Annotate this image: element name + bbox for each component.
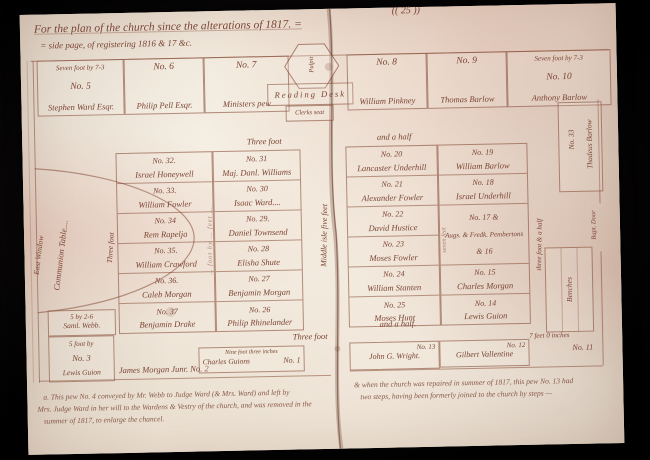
pew-size-label: Seven foot by 7-3: [509, 53, 609, 63]
pew-owner: Benjamin Morgan: [216, 286, 302, 298]
pew-owner: Stephen Ward Esqr.: [39, 101, 122, 113]
pew-owner: William Crawford: [119, 258, 214, 270]
page-number-marker: (( 25 )): [392, 5, 421, 17]
pew-number: No. 7: [206, 60, 287, 73]
pew-owner: Philip Rhinelander: [217, 317, 303, 329]
pew-cell-21: No. 21 Alexander Fowler: [347, 176, 438, 208]
pew-box-9: No. 9 Thomas Barlow: [426, 51, 507, 109]
pew-cell-24: No. 24 William Stanten: [349, 266, 440, 298]
pew-cell-33: No. 33. William Fowler: [117, 182, 213, 214]
pew-number: No. 1: [283, 355, 301, 364]
pew-box-33-margin: [558, 101, 604, 192]
clerks-seat-box: Clerks seat: [286, 105, 334, 122]
pew-cell-17-16: No. 17 & Augs. & Fredk. Pembertons & 16: [440, 204, 529, 266]
pew-owner: Benjamin Drake: [120, 318, 215, 330]
pew-number: No. 33.: [117, 186, 212, 197]
pew-owner: Israel Honeywell: [117, 168, 212, 180]
pew-cell-25: No. 25 Moses Hunt: [349, 296, 440, 328]
pew-number: No. 15: [441, 267, 529, 278]
pew-cell-18: No. 18 Israel Underhill: [439, 174, 528, 206]
pew-owner: Rem Rapelja: [118, 228, 213, 240]
pew-number: No. 28: [215, 244, 301, 255]
pew-owner: David Hustice: [348, 221, 438, 233]
pew-cell-35: No. 35. William Crawford: [118, 242, 214, 274]
pew-cell-31: No. 31 Maj. Danl. Williams: [213, 150, 300, 182]
pew-number: No. 10: [509, 71, 609, 84]
fold-crease-shadow: [328, 9, 342, 449]
pew-number: No. 26: [217, 304, 303, 315]
pew-number: No. 20: [346, 149, 436, 160]
pew-owner: William Pinkney: [349, 95, 425, 107]
pew-number: No. 35.: [118, 246, 213, 257]
ink-blot: [334, 346, 340, 352]
pew-owner: William Fowler: [117, 198, 212, 210]
aisle-label-top-right: and a half: [354, 131, 434, 143]
pew-number: No. 30: [214, 184, 300, 195]
pew-box-6: No. 6 Philip Pell Esqr.: [124, 57, 205, 115]
pew-number: No. 37: [120, 306, 215, 317]
pew-box-10: Seven foot by 7-3 No. 10 Anthony Barlow: [506, 49, 611, 107]
communion-table-label: Communion Table....: [47, 180, 75, 330]
pew-box-1: Nine foot three inches Charles Guions No…: [198, 345, 305, 373]
left-block-column-1: No. 32. Israel Honeywell No. 33. William…: [115, 151, 216, 334]
aisle-label-top-left: Three foot: [220, 135, 308, 147]
benches-label: Benches: [564, 249, 575, 329]
pew-owner: William Stanten: [349, 281, 439, 293]
pew-number: No. 14: [441, 298, 529, 309]
footnote-right-line2: two steps, having been formerly joined t…: [360, 388, 552, 401]
pew-owner: Moses Hunt: [350, 312, 440, 324]
pew-number: No. 9: [429, 55, 505, 68]
pew-number: No. 19: [438, 147, 526, 158]
pew-number: No. 8: [349, 57, 425, 70]
pew-owner: Israel Underhill: [439, 190, 527, 202]
pew-owner: Daniel Townsend: [215, 226, 301, 238]
pew-number: No. 18: [439, 177, 527, 188]
pew-2-inline-label: James Morgan Junr. No. 2: [119, 363, 209, 375]
footnote-left-line3: summer of 1817, to enlarge the chancel.: [44, 414, 165, 425]
pew-owner: Saml. Webb.: [49, 320, 115, 331]
pew-number: No. 25: [349, 299, 439, 310]
pew-number-extra: & 16: [440, 246, 528, 257]
pew-number: No. 21: [347, 179, 437, 190]
pew-cell-22: No. 22 David Hustice: [348, 206, 439, 238]
pew-owner: Moses Fowler: [348, 251, 438, 263]
plan-subtitle: = side page, of registering 1816 & 17 &c…: [40, 38, 192, 51]
pew-number: No. 34: [118, 216, 213, 227]
pew-size-label: 5 foot by: [50, 339, 112, 348]
pew-cell-30: No. 30 Isaac Ward....: [214, 180, 301, 212]
aisle-label-bottom-left: Three foot: [270, 330, 350, 342]
pew-cell-27: No. 27 Benjamin Morgan: [216, 270, 303, 302]
pew-number: No. 12: [507, 341, 526, 349]
bench-divider-line: [576, 248, 579, 332]
pew-box-8: No. 8 William Pinkney: [347, 53, 428, 111]
pew-number: No. 29.: [215, 214, 301, 225]
bench-divider-line: [560, 248, 563, 332]
baptistry-door-label: Bapt. Door: [590, 185, 599, 265]
pew-number: No. 5: [39, 80, 122, 93]
pew-cell-37: No. 37 Benjamin Drake: [119, 302, 215, 334]
pew-number: No. 6: [126, 61, 202, 74]
pew-number: No. 32.: [117, 156, 212, 167]
pew-number: No. 36.: [119, 276, 214, 287]
pew-cell-23: No. 23 Moses Fowler: [348, 236, 439, 268]
pew-cell-15: No. 15 Charles Morgan: [441, 264, 530, 296]
middle-aisle-label: Middle isle five feet: [319, 160, 330, 310]
pew-owner: Charles Morgan: [441, 280, 529, 292]
pew-cell-14: No. 14 Lewis Guion: [441, 294, 530, 326]
pew-owner: Lewis Guion: [442, 310, 530, 322]
pew-cell-36: No. 36. Caleb Morgan: [119, 272, 215, 304]
right-block-column-1: No. 20 Lancaster Underhill No. 21 Alexan…: [345, 145, 441, 328]
pew-owner: Lewis Guion: [51, 367, 113, 378]
footnote-right-line1: & when the church was repaired in summer…: [354, 376, 573, 389]
pew-cell-26: No. 26 Philip Rhinelander: [216, 300, 303, 332]
pew-cell-20: No. 20 Lancaster Underhill: [346, 146, 437, 178]
pew-number: No. 31: [214, 154, 300, 165]
pew-owner: Isaac Ward....: [214, 196, 300, 208]
pew-owner: Charles Guions: [203, 356, 250, 366]
left-block-side-measure: Three foot: [103, 208, 117, 288]
fold-crease-line: [329, 9, 341, 449]
pew-number: No. 22: [348, 209, 438, 220]
left-block-divider-measure: … foot by … feet …: [207, 181, 214, 301]
footnote-left-line2: Mrs. Judge Ward in her will to the Warde…: [37, 399, 311, 414]
pew-number: No. 3: [50, 352, 112, 364]
pew-number: No. 23: [348, 239, 438, 250]
right-wall-lower-line: [601, 251, 604, 365]
pew-owner: Elisha Shute: [216, 256, 302, 268]
pew-cell-19: No. 19 William Barlow: [438, 144, 527, 176]
reading-desk-box: Reading Desk: [267, 82, 353, 106]
pew-owner: Caleb Morgan: [119, 288, 214, 300]
pew-cell-29: No. 29. Daniel Townsend: [215, 210, 302, 242]
pew-number: No. 13: [417, 343, 436, 351]
right-block-side-measure: three foot & a half: [534, 185, 544, 305]
pew-owner: Maj. Danl. Williams: [214, 166, 300, 178]
webb-pew-box: 5 by 2-6 Saml. Webb.: [48, 309, 117, 336]
pew-owner: Philip Pell Esqr.: [126, 99, 202, 111]
pew-owner: William Barlow: [439, 160, 527, 172]
pew-number: No. 17 &: [440, 212, 528, 223]
plan-title: For the plan of the church since the alt…: [34, 18, 302, 35]
pew-size-label: Seven foot by 7-3: [39, 63, 122, 73]
pew-owner: Thomas Barlow: [429, 93, 505, 105]
pew-box-12: No. 12 Gilbert Vallentine: [439, 339, 530, 368]
pew-owner: Lancaster Underhill: [347, 161, 437, 173]
pew-owner: Augs. & Fredk. Pembertons: [440, 228, 528, 240]
left-block-column-2: No. 31 Maj. Danl. Williams No. 30 Isaac …: [212, 149, 304, 332]
pew-box-3: 5 foot by No. 3 Lewis Guion: [48, 335, 115, 382]
manuscript-page: For the plan of the church since the alt…: [20, 3, 625, 455]
ink-blot: [325, 63, 333, 71]
pew-11-number: No. 11: [572, 343, 593, 352]
pew-box-13: No. 13 John G. Wright.: [349, 341, 440, 371]
pew-cell-28: No. 28 Elisha Shute: [215, 240, 302, 272]
right-block-column-2: No. 19 William Barlow No. 18 Israel Unde…: [437, 143, 531, 326]
pew-number: No. 24: [349, 269, 439, 280]
pew-cell-32: No. 32. Israel Honeywell: [116, 152, 212, 184]
pew-owner: Alexander Fowler: [347, 191, 437, 203]
pew-cell-34: No. 34 Rem Rapelja: [118, 212, 214, 244]
pew-number: No. 27: [216, 274, 302, 285]
pew-box-5: Seven foot by 7-3 No. 5 Stephen Ward Esq…: [37, 59, 125, 117]
